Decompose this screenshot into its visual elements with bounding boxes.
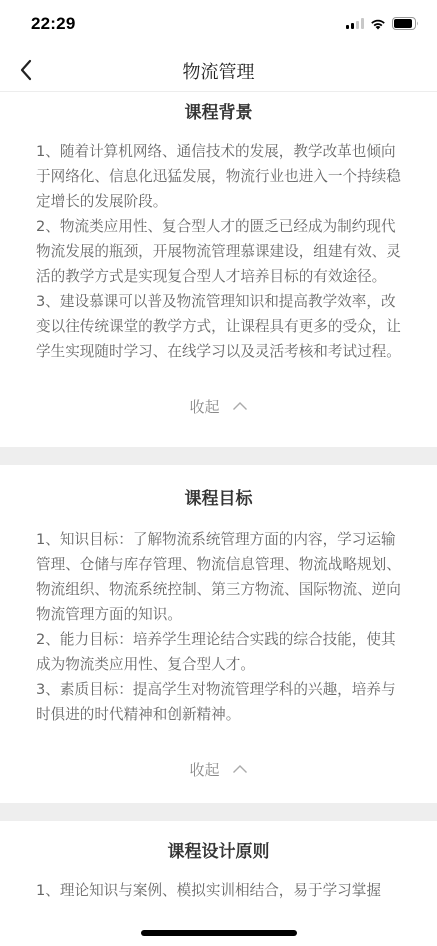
- wifi-icon: [370, 18, 386, 30]
- cellular-signal-icon: [346, 18, 364, 29]
- section-title: 课程目标: [0, 479, 437, 519]
- section-body: 1、理论知识与案例、模拟实训相结合，易于学习掌握: [0, 872, 437, 903]
- collapse-label: 收起: [189, 759, 219, 780]
- battery-icon: [392, 17, 419, 30]
- status-icons: [346, 17, 419, 30]
- section-title: 课程设计原则: [0, 832, 437, 872]
- paragraph: 3、建设慕课可以普及物流管理知识和提高教学效率，改变以往传统课堂的教学方式，让课…: [36, 289, 401, 364]
- content-scroll-area[interactable]: 课程背景 1、随着计算机网络、通信技术的发展，教学改革也倾向于网络化、信息化迅猛…: [0, 93, 437, 903]
- screen: 22:29: [0, 0, 437, 946]
- paragraph: 1、理论知识与案例、模拟实训相结合，易于学习掌握: [36, 878, 401, 903]
- paragraph: 2、物流类应用性、复合型人才的匮乏已经成为制约现代物流发展的瓶颈，开展物流管理慕…: [36, 214, 401, 289]
- section-course-design-principles: 课程设计原则 1、理论知识与案例、模拟实训相结合，易于学习掌握: [0, 832, 437, 903]
- section-divider: [0, 803, 437, 821]
- collapse-button[interactable]: 收起: [0, 749, 437, 789]
- status-bar: 22:29: [0, 0, 437, 50]
- chevron-up-icon: [232, 401, 248, 411]
- collapse-button[interactable]: 收起: [0, 386, 437, 426]
- home-indicator[interactable]: [141, 930, 297, 936]
- section-body: 1、随着计算机网络、通信技术的发展，教学改革也倾向于网络化、信息化迅猛发展，物流…: [0, 133, 437, 364]
- section-course-background: 课程背景 1、随着计算机网络、通信技术的发展，教学改革也倾向于网络化、信息化迅猛…: [0, 93, 437, 447]
- collapse-label: 收起: [189, 396, 219, 417]
- page-title: 物流管理: [0, 58, 437, 84]
- paragraph: 2、能力目标：培养学生理论结合实践的综合技能，使其成为物流类应用性、复合型人才。: [36, 627, 401, 677]
- section-title: 课程背景: [0, 93, 437, 133]
- section-body: 1、知识目标：了解物流系统管理方面的内容，学习运输管理、仓储与库存管理、物流信息…: [0, 519, 437, 727]
- paragraph: 1、随着计算机网络、通信技术的发展，教学改革也倾向于网络化、信息化迅猛发展，物流…: [36, 139, 401, 214]
- nav-bar: 物流管理: [0, 48, 437, 92]
- section-course-objectives: 课程目标 1、知识目标：了解物流系统管理方面的内容，学习运输管理、仓储与库存管理…: [0, 479, 437, 803]
- status-time: 22:29: [31, 14, 75, 34]
- chevron-up-icon: [232, 764, 248, 774]
- section-divider: [0, 447, 437, 465]
- paragraph: 1、知识目标：了解物流系统管理方面的内容，学习运输管理、仓储与库存管理、物流信息…: [36, 527, 401, 627]
- paragraph: 3、素质目标：提高学生对物流管理学科的兴趣，培养与时俱进的时代精神和创新精神。: [36, 677, 401, 727]
